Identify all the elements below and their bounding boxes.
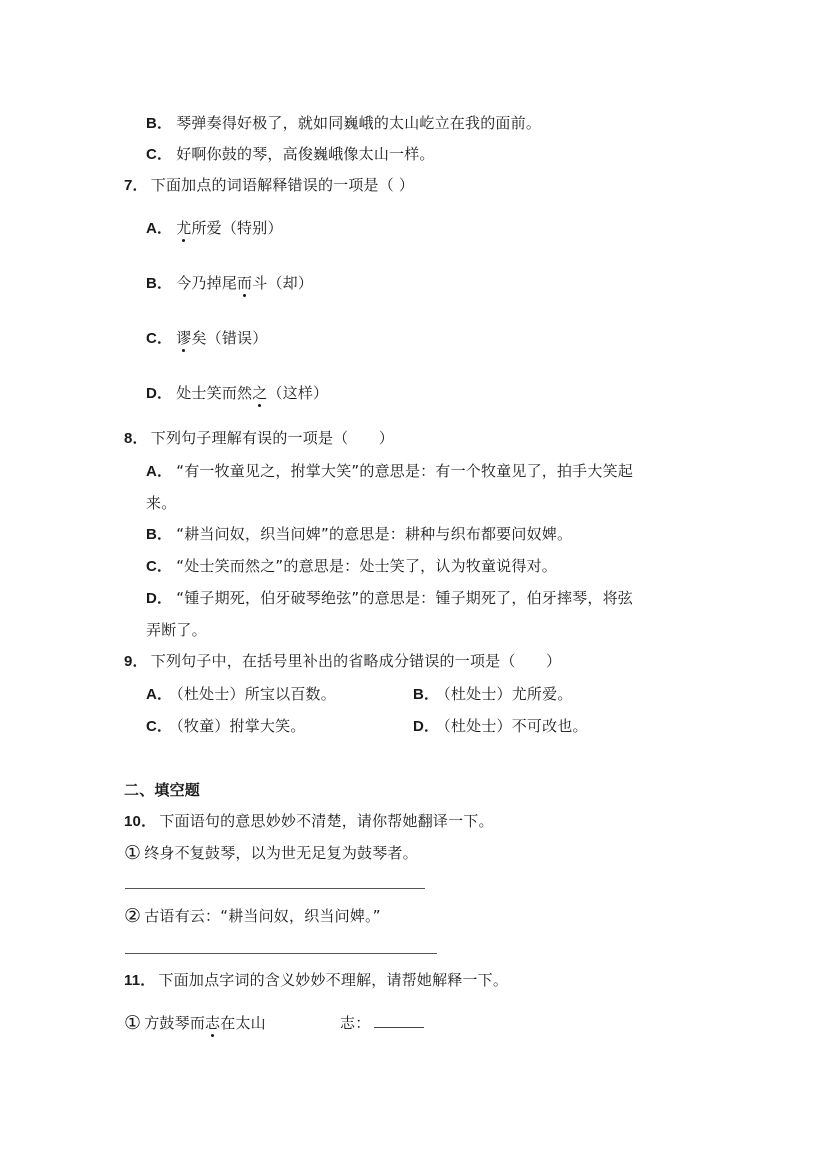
option-text-pre: 处士笑而然	[176, 384, 252, 402]
emphasized-char: 谬	[176, 328, 191, 348]
question-11-stem: 11．下面加点字词的含义妙妙不理解，请帮她解释一下。	[124, 970, 508, 991]
q7-option-d: D．处士笑而然之（这样）	[146, 383, 328, 404]
q9-option-c: C．（牧童）拊掌大笑。	[146, 716, 306, 737]
emphasized-char: 之	[252, 383, 267, 403]
question-text: 下面加点的词语解释错误的一项是（ ）	[151, 176, 414, 194]
option-label: B．	[146, 526, 172, 543]
option-text-post: （这样）	[267, 384, 328, 402]
question-9-stem: 9．下列句子中，在括号里补出的省略成分错误的一项是（ ）	[124, 651, 561, 672]
option-text: “有一牧童见之，拊掌大笑”的意思是：有一个牧童见了，拍手大笑起	[176, 462, 633, 480]
q10-item-1: ①终身不复鼓琴，以为世无足复为鼓琴者。	[124, 843, 418, 863]
q8-option-c: C．“处士笑而然之”的意思是：处士笑了，认为牧童说得对。	[146, 556, 557, 577]
question-number: 8．	[124, 430, 148, 447]
answer-label: 志：	[340, 1014, 370, 1032]
q11-item-1: ①方鼓琴而志在太山	[124, 1013, 266, 1033]
option-text: （杜处士）尤所爱。	[443, 685, 572, 703]
option-text-continued: 来。	[146, 494, 176, 512]
q6-option-b: B．琴弹奏得好极了，就如同巍峨的太山屹立在我的面前。	[146, 113, 541, 134]
option-label: D．	[146, 590, 172, 607]
emphasized-char: 志	[205, 1013, 220, 1033]
q7-option-a: A．尤所爱（特别）	[146, 218, 283, 239]
question-number: 11．	[124, 972, 155, 989]
answer-blank[interactable]	[374, 1013, 424, 1028]
q9-option-b: B．（杜处士）尤所爱。	[413, 684, 573, 705]
emphasized-char: 而	[237, 273, 252, 293]
option-text-post: 矣（错误）	[191, 329, 267, 347]
option-text: “耕当问奴，织当问婢”的意思是：耕种与织布都要问奴婢。	[176, 525, 572, 543]
question-text: 下面加点字词的含义妙妙不理解，请帮她解释一下。	[158, 971, 508, 989]
option-label: A．	[146, 220, 172, 237]
option-label: A．	[146, 686, 172, 703]
option-label: C．	[146, 718, 172, 735]
option-text: （杜处士）所宝以百数。	[176, 685, 336, 703]
item-text-pre: 方鼓琴而	[144, 1014, 205, 1032]
question-number: 7．	[124, 177, 148, 194]
option-text-post: 斗（却）	[252, 274, 313, 292]
option-text-post: 所爱（特别）	[191, 219, 282, 237]
option-label: C．	[146, 146, 172, 163]
answer-line-q10-2[interactable]	[125, 953, 437, 954]
q11-item-1-answer: 志：	[340, 1013, 424, 1033]
q9-option-d: D．（杜处士）不可改也。	[413, 716, 588, 737]
question-number: 10．	[124, 813, 156, 830]
option-label: D．	[146, 385, 172, 402]
option-label: C．	[146, 558, 172, 575]
emphasized-char: 尤	[176, 218, 191, 238]
answer-line-q10-1[interactable]	[125, 888, 425, 889]
option-label: D．	[413, 718, 439, 735]
q6-option-c: C．好啊你鼓的琴，高俊巍峨像太山一样。	[146, 144, 435, 165]
question-number: 9．	[124, 653, 148, 670]
option-label: A．	[146, 463, 172, 480]
circled-number-1: ①	[124, 1012, 141, 1034]
section-title-fill-in: 二、填空题	[124, 780, 200, 800]
option-label: B．	[146, 275, 172, 292]
option-text: 好啊你鼓的琴，高俊巍峨像太山一样。	[176, 145, 434, 163]
option-label: B．	[146, 115, 172, 132]
question-text: 下面语句的意思妙妙不清楚，请你帮她翻译一下。	[159, 812, 493, 830]
item-text-post: 在太山	[220, 1014, 266, 1032]
question-7-stem: 7．下面加点的词语解释错误的一项是（ ）	[124, 175, 414, 196]
question-text: 下列句子中，在括号里补出的省略成分错误的一项是（ ）	[151, 652, 561, 670]
circled-number-1: ①	[124, 842, 141, 864]
question-8-stem: 8．下列句子理解有误的一项是（ ）	[124, 428, 394, 449]
option-label: C．	[146, 330, 172, 347]
q8-option-b: B．“耕当问奴，织当问婢”的意思是：耕种与织布都要问奴婢。	[146, 524, 572, 545]
option-text-pre: 今乃掉尾	[176, 274, 237, 292]
option-text: （牧童）拊掌大笑。	[176, 717, 305, 735]
q10-item-2: ②古语有云：“耕当问奴，织当问婢。”	[124, 906, 381, 926]
q8-option-d: D．“锺子期死，伯牙破琴绝弦”的意思是：锺子期死了，伯牙摔琴，将弦	[146, 588, 633, 609]
q7-option-b: B．今乃掉尾而斗（却）	[146, 273, 313, 294]
option-text-continued: 弄断了。	[146, 621, 207, 639]
option-text: “处士笑而然之”的意思是：处士笑了，认为牧童说得对。	[176, 557, 557, 575]
option-text: （杜处士）不可改也。	[443, 717, 588, 735]
q8-option-a: A．“有一牧童见之，拊掌大笑”的意思是：有一个牧童见了，拍手大笑起	[146, 461, 633, 482]
item-text: 终身不复鼓琴，以为世无足复为鼓琴者。	[144, 844, 418, 862]
q7-option-c: C．谬矣（错误）	[146, 328, 267, 349]
circled-number-2: ②	[124, 905, 141, 927]
q8-option-a-cont: 来。	[146, 493, 176, 513]
question-text: 下列句子理解有误的一项是（ ）	[151, 429, 394, 447]
option-text: “锺子期死，伯牙破琴绝弦”的意思是：锺子期死了，伯牙摔琴，将弦	[176, 589, 633, 607]
question-10-stem: 10．下面语句的意思妙妙不清楚，请你帮她翻译一下。	[124, 811, 494, 832]
q9-option-a: A．（杜处士）所宝以百数。	[146, 684, 336, 705]
option-label: B．	[413, 686, 439, 703]
option-text: 琴弹奏得好极了，就如同巍峨的太山屹立在我的面前。	[176, 114, 541, 132]
q8-option-d-cont: 弄断了。	[146, 620, 207, 640]
item-text: 古语有云：“耕当问奴，织当问婢。”	[144, 907, 380, 925]
